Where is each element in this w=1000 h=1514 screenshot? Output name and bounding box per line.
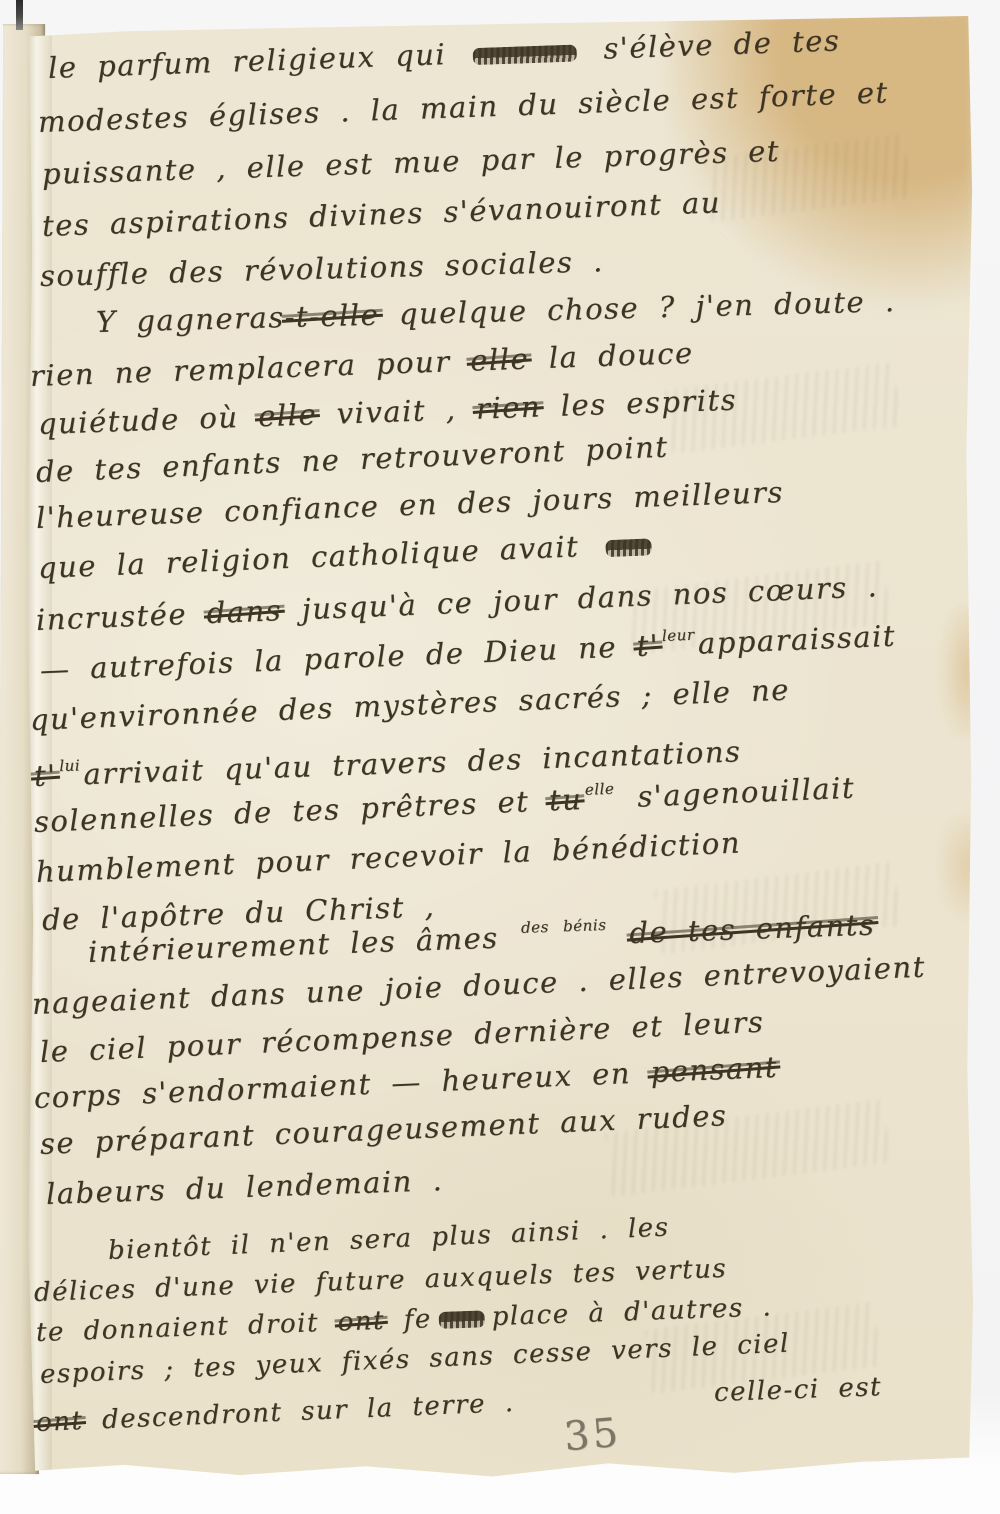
manuscript-line: de tes enfants ne retrouveront point — [35, 433, 669, 487]
scribbled-out-word — [473, 45, 578, 66]
manuscript-line: l'heureuse confiance en des jours meille… — [35, 478, 784, 533]
handwritten-text: rien ne remplacera pour — [29, 344, 470, 393]
struck-out-word: rien — [475, 389, 541, 425]
scribbled-out-word — [438, 1310, 485, 1329]
handwritten-text: Y gagneras — [96, 300, 285, 339]
struck-out-word: tu — [548, 782, 583, 817]
handwritten-text: apparaissait — [697, 619, 896, 661]
struck-out-word: de tes enfants — [629, 908, 876, 951]
handwritten-text — [609, 916, 630, 951]
manuscript-line: souffle des révolutions sociales . — [40, 247, 604, 291]
manuscript-line: labeurs du lendemain . — [45, 1166, 443, 1209]
manuscript-line: puissante , elle est mue par le progrès … — [42, 137, 781, 189]
manuscript-line: celle-ci est — [714, 1374, 883, 1406]
struck-out-word: dans — [206, 593, 283, 630]
manuscript-scan: le parfum religieux qui s'élève de tes m… — [0, 0, 1000, 1514]
handwritten-text: solennelles de tes prêtres et — [33, 783, 549, 839]
scribbled-out-word — [606, 538, 653, 557]
struck-out-word: t' — [33, 758, 57, 793]
paper-sheet: le parfum religieux qui s'élève de tes m… — [8, 16, 976, 1478]
edge-stain — [924, 816, 976, 916]
manuscript-line: rien ne remplacera pour elle la douce — [29, 339, 694, 391]
manuscript-line: tes aspirations divines s'évanouiront au — [41, 188, 721, 241]
manuscript-line: Y gagneras-t-elle quelque chose ? j'en d… — [96, 287, 896, 337]
handwritten-text: quelque chose ? j'en doute . — [379, 284, 896, 332]
handwritten-text: puissante , elle est mue par le progrès … — [41, 134, 780, 191]
manuscript-line: bientôt il n'en sera plus ainsi . les — [107, 1214, 669, 1264]
handwritten-text: que la religion catholique avait — [37, 528, 599, 584]
manuscript-line: le parfum religieux qui s'élève de tes — [47, 26, 840, 83]
page-number: 35 — [562, 1410, 623, 1461]
handwritten-text: la douce — [528, 336, 694, 376]
handwritten-text: fe — [384, 1304, 432, 1336]
manuscript-line: modestes églises . la main du siècle est… — [37, 78, 889, 137]
struck-out-word: ont — [337, 1306, 385, 1338]
handwritten-text: les esprits — [540, 383, 737, 424]
handwritten-text: tes aspirations divines s'évanouiront au — [41, 185, 721, 243]
handwritten-text: te donnaient droit — [35, 1307, 338, 1348]
handwritten-text: humblement pour recevoir la bénédiction — [35, 825, 741, 889]
struck-out-word: ont — [35, 1406, 84, 1438]
handwritten-text: celle-ci est — [713, 1372, 882, 1408]
manuscript-line: humblement pour recevoir la bénédiction — [35, 828, 741, 887]
handwritten-text: labeurs du lendemain . — [45, 1163, 443, 1211]
struck-out-word: -t-elle — [284, 298, 379, 334]
manuscript-line: que la religion catholique avait — [37, 529, 659, 583]
struck-out-word: elle — [470, 342, 530, 378]
interlinear-insertion: elle — [584, 779, 614, 798]
interlinear-insertion: des bénis — [521, 916, 607, 937]
handwritten-text: descendront sur la terre . — [83, 1388, 515, 1436]
struck-out-word: t' — [636, 628, 660, 663]
handwritten-text: incrustée — [35, 596, 207, 637]
handwritten-text: de tes enfants ne retrouveront point — [35, 430, 669, 489]
interlinear-insertion: leur — [662, 625, 695, 644]
binding-rod — [16, 0, 23, 30]
struck-out-word: elle — [258, 397, 318, 433]
handwritten-text: vivait , — [316, 392, 476, 432]
edge-stain — [928, 606, 976, 736]
manuscript-line: ont descendront sur la terre . — [35, 1390, 515, 1436]
manuscript-line: qu'environnée des mystères sacrés ; elle… — [29, 675, 790, 734]
handwritten-text: s'élève de tes — [583, 23, 841, 66]
handwritten-text: — autrefois la parole de Dieu ne — [39, 629, 637, 687]
handwritten-text: modestes églises . la main du siècle est… — [37, 75, 889, 139]
handwritten-text: s'agenouillait — [617, 771, 856, 815]
handwritten-text: quiétude où — [37, 399, 258, 441]
handwritten-text: le parfum religieux qui — [47, 36, 466, 85]
handwritten-text: souffle des révolutions sociales . — [40, 244, 605, 293]
struck-out-word: pensant — [650, 1050, 779, 1089]
interlinear-insertion: lui — [59, 756, 80, 775]
